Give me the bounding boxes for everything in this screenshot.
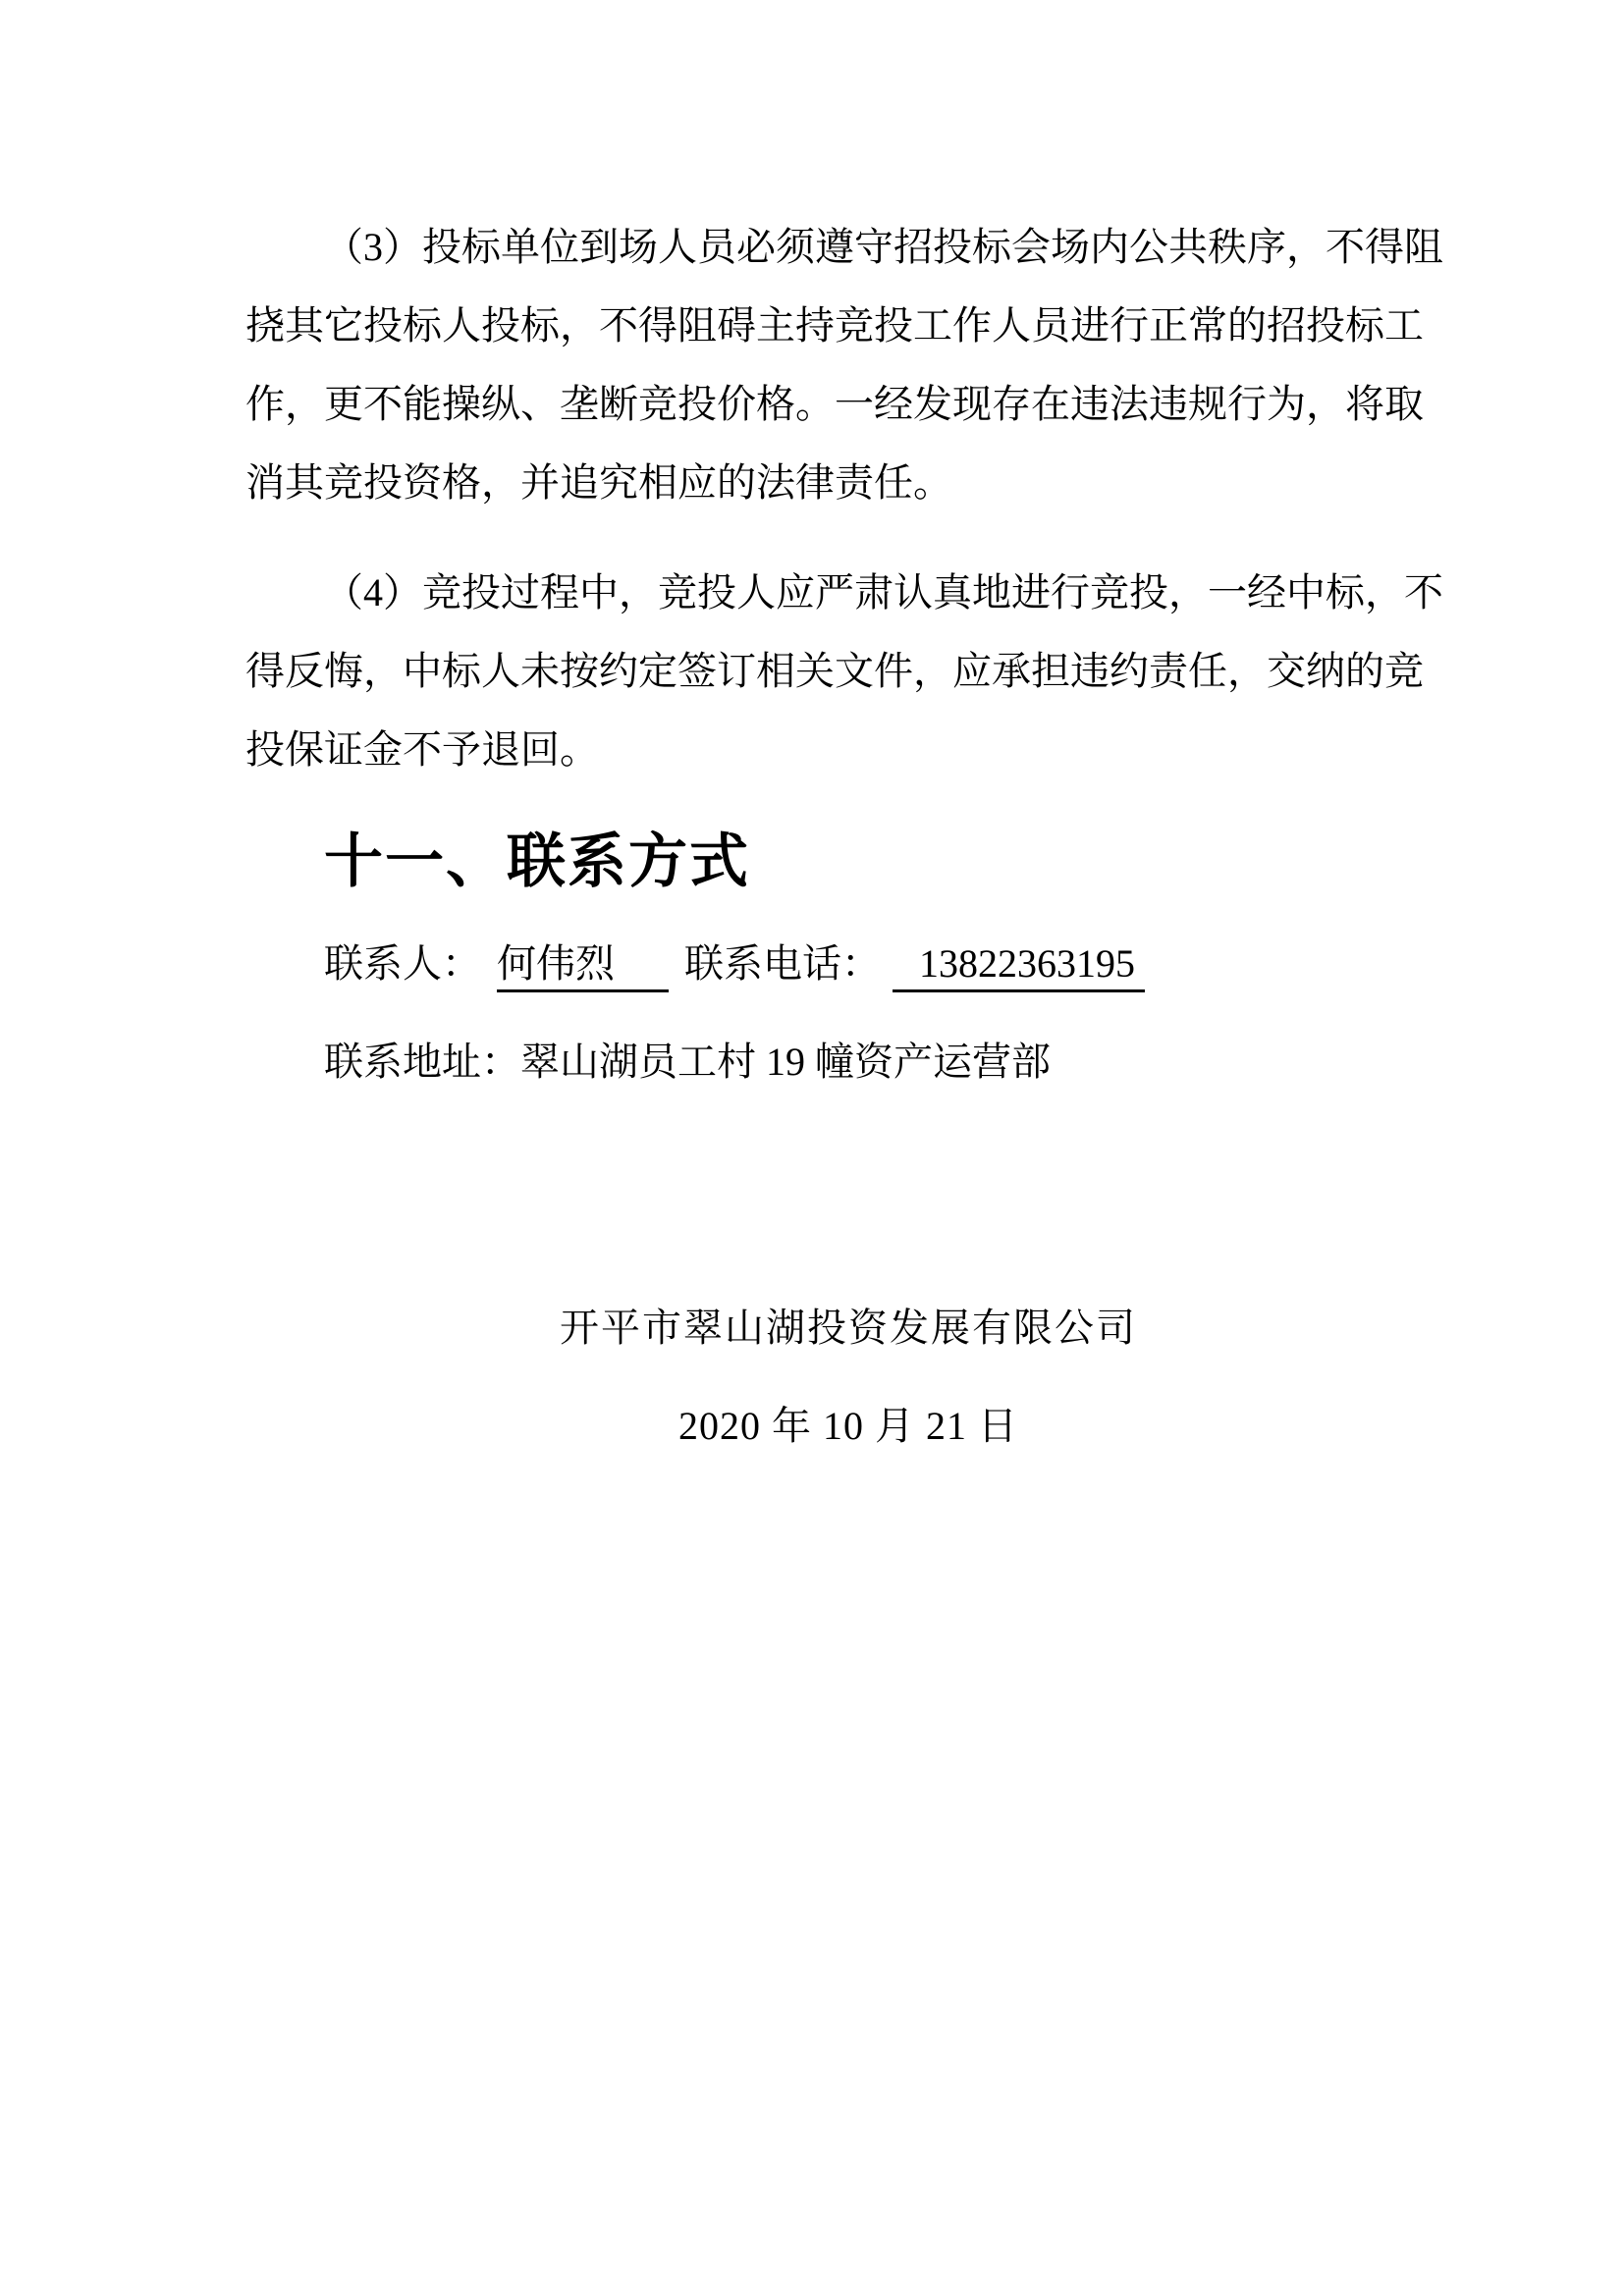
contact-phone-label: 联系电话：	[684, 941, 881, 986]
contact-person-line: 联系人：何伟烈联系电话：13822363195	[245, 925, 1365, 1003]
section-heading-contact: 十一、联系方式	[245, 823, 1365, 901]
document-page: （3）投标单位到场人员必须遵守招投标会场内公共秩序，不得阻 挠其它投标人投标，不…	[0, 0, 1624, 2296]
document-content: （3）投标单位到场人员必须遵守招投标会场内公共秩序，不得阻 挠其它投标人投标，不…	[245, 208, 1365, 1466]
paragraph-3-line-3: 作，更不能操纵、垄断竞投价格。一经发现存在违法违规行为，将取	[245, 365, 1365, 444]
paragraph-3-line-1: （3）投标单位到场人员必须遵守招投标会场内公共秩序，不得阻	[245, 208, 1365, 287]
contact-phone-number: 13822363195	[893, 938, 1145, 992]
paragraph-3-line-2: 挠其它投标人投标，不得阻碍主持竞投工作人员进行正常的招投标工	[245, 287, 1365, 365]
paragraph-3-line-4: 消其竞投资格，并追究相应的法律责任。	[245, 444, 1365, 522]
signature-company: 开平市翠山湖投资发展有限公司	[289, 1289, 1408, 1367]
signature-date: 2020 年 10 月 21 日	[289, 1387, 1408, 1466]
paragraph-4-line-3: 投保证金不予退回。	[245, 711, 1365, 789]
paragraph-4-line-2: 得反悔，中标人未按约定签订相关文件，应承担违约责任，交纳的竞	[245, 632, 1365, 711]
contact-person-name: 何伟烈	[497, 938, 669, 992]
contact-address-line: 联系地址：翠山湖员工村 19 幢资产运营部	[245, 1023, 1365, 1101]
contact-person-label: 联系人：	[324, 941, 481, 986]
paragraph-4-line-1: （4）竞投过程中，竞投人应严肃认真地进行竞投，一经中标，不	[245, 554, 1365, 632]
